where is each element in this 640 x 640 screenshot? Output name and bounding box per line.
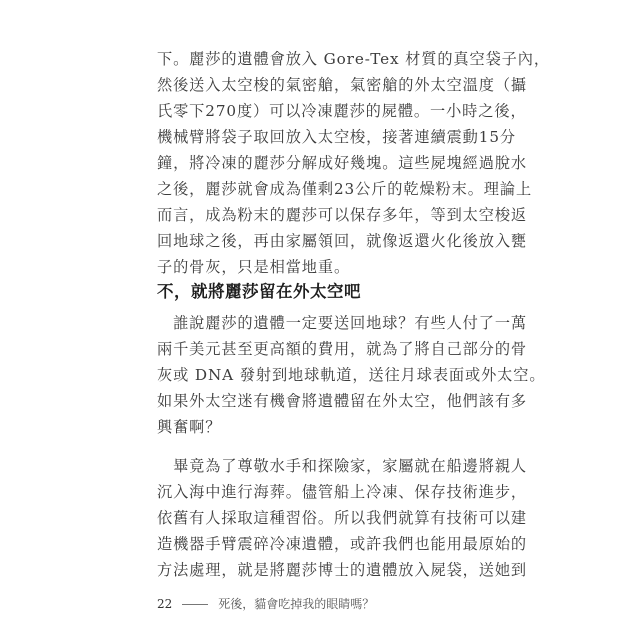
text-line: 興奮啊？	[157, 414, 467, 440]
text-line: 子的骨灰，只是相當地重。	[157, 254, 467, 280]
text-line: 方法處理，就是將麗莎博士的遺體放入屍袋，送她到	[157, 557, 467, 583]
text-line: 如果外太空迷有機會將遺體留在外太空，他們該有多	[157, 388, 467, 414]
footer-dash	[182, 604, 208, 605]
text-line: 兩千美元甚至更高額的費用，就為了將自己部分的骨	[157, 336, 467, 362]
book-page: 下。麗莎的遺體會放入 Gore-Tex 材質的真空袋子內， 然後送入太空梭的氣密…	[0, 0, 640, 640]
book-title: 死後，貓會吃掉我的眼睛嗎？	[218, 597, 374, 611]
text-line: 鐘，將冷凍的麗莎分解成好幾塊。這些屍塊經過脫水	[157, 150, 467, 176]
page-number: 22	[157, 597, 172, 611]
section-heading: 不，就將麗莎留在外太空吧	[157, 279, 361, 305]
text-line: 下。麗莎的遺體會放入 Gore-Tex 材質的真空袋子內，	[157, 46, 467, 72]
text-line: 回地球之後，再由家屬領回，就像返還火化後放入甕	[157, 228, 467, 254]
text-line: 之後，麗莎就會成為僅剩23公斤的乾燥粉末。理論上	[157, 176, 467, 202]
text-line: 然後送入太空梭的氣密艙，氣密艙的外太空溫度（攝	[157, 72, 467, 98]
page-footer: 22死後，貓會吃掉我的眼睛嗎？	[157, 595, 374, 612]
text-line: 灰或 DNA 發射到地球軌道，送往月球表面或外太空。	[157, 362, 467, 388]
text-line: 沉入海中進行海葬。儘管船上冷凍、保存技術進步，	[157, 479, 467, 505]
text-line: 氏零下270度）可以冷凍麗莎的屍體。一小時之後，	[157, 98, 467, 124]
text-line: 機械臂將袋子取回放入太空梭，接著連續震動15分	[157, 124, 467, 150]
text-line: 誰說麗莎的遺體一定要送回地球？有些人付了一萬	[157, 310, 467, 336]
text-line: 依舊有人採取這種習俗。所以我們就算有技術可以建	[157, 505, 467, 531]
text-line: 而言，成為粉末的麗莎可以保存多年，等到太空梭返	[157, 202, 467, 228]
text-line: 造機器手臂震碎冷凍遺體，或許我們也能用最原始的	[157, 531, 467, 557]
text-line: 畢竟為了尊敬水手和探險家，家屬就在船邊將親人	[157, 453, 467, 479]
